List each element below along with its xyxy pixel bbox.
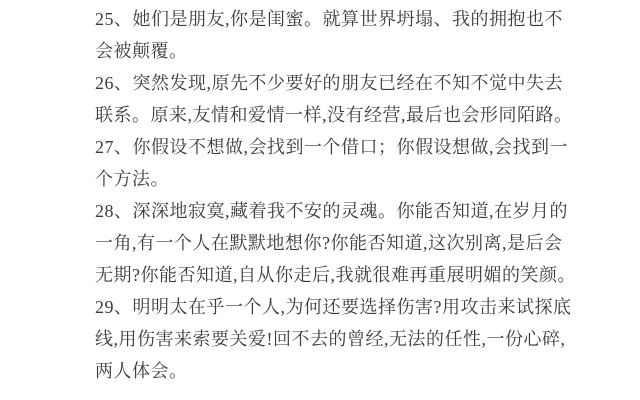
text-line: 28、深深地寂寞,藏着我不安的灵魂。你能否知道,在岁月的 (95, 195, 556, 227)
quote-item-25: 25、她们是朋友,你是闺蜜。就算世界坍塌、我的拥抱也不 会被颠覆。 (95, 3, 556, 67)
quote-item-27: 27、你假设不想做,会找到一个借口；你假设想做,会找到一 个方法。 (95, 131, 556, 195)
document-page: 25、她们是朋友,你是闺蜜。就算世界坍塌、我的拥抱也不 会被颠覆。 26、突然发… (0, 0, 640, 400)
quote-item-28: 28、深深地寂寞,藏着我不安的灵魂。你能否知道,在岁月的 一角,有一个人在默默地… (95, 195, 556, 291)
text-line: 无期?你能否知道,自从你走后,我就很难再重展明媚的笑颜。 (95, 259, 556, 291)
text-line: 个方法。 (95, 163, 556, 195)
text-line: 26、突然发现,原先不少要好的朋友已经在不知不觉中失去 (95, 67, 556, 99)
text-line: 联系。原来,友情和爱情一样,没有经营,最后也会形同陌路。 (95, 99, 556, 131)
text-line: 会被颠覆。 (95, 35, 556, 67)
text-line: 29、明明太在乎一个人,为何还要选择伤害?用攻击来试探底 (95, 291, 556, 323)
quote-item-26: 26、突然发现,原先不少要好的朋友已经在不知不觉中失去 联系。原来,友情和爱情一… (95, 67, 556, 131)
text-line: 27、你假设不想做,会找到一个借口；你假设想做,会找到一 (95, 131, 556, 163)
text-line: 线,用伤害来索要关爱!回不去的曾经,无法的任性,一份心碎, (95, 323, 556, 355)
text-line: 一角,有一个人在默默地想你?你能否知道,这次别离,是后会 (95, 227, 556, 259)
quote-item-29: 29、明明太在乎一个人,为何还要选择伤害?用攻击来试探底 线,用伤害来索要关爱!… (95, 291, 556, 387)
text-line: 两人体会。 (95, 355, 556, 387)
text-line: 25、她们是朋友,你是闺蜜。就算世界坍塌、我的拥抱也不 (95, 3, 556, 35)
